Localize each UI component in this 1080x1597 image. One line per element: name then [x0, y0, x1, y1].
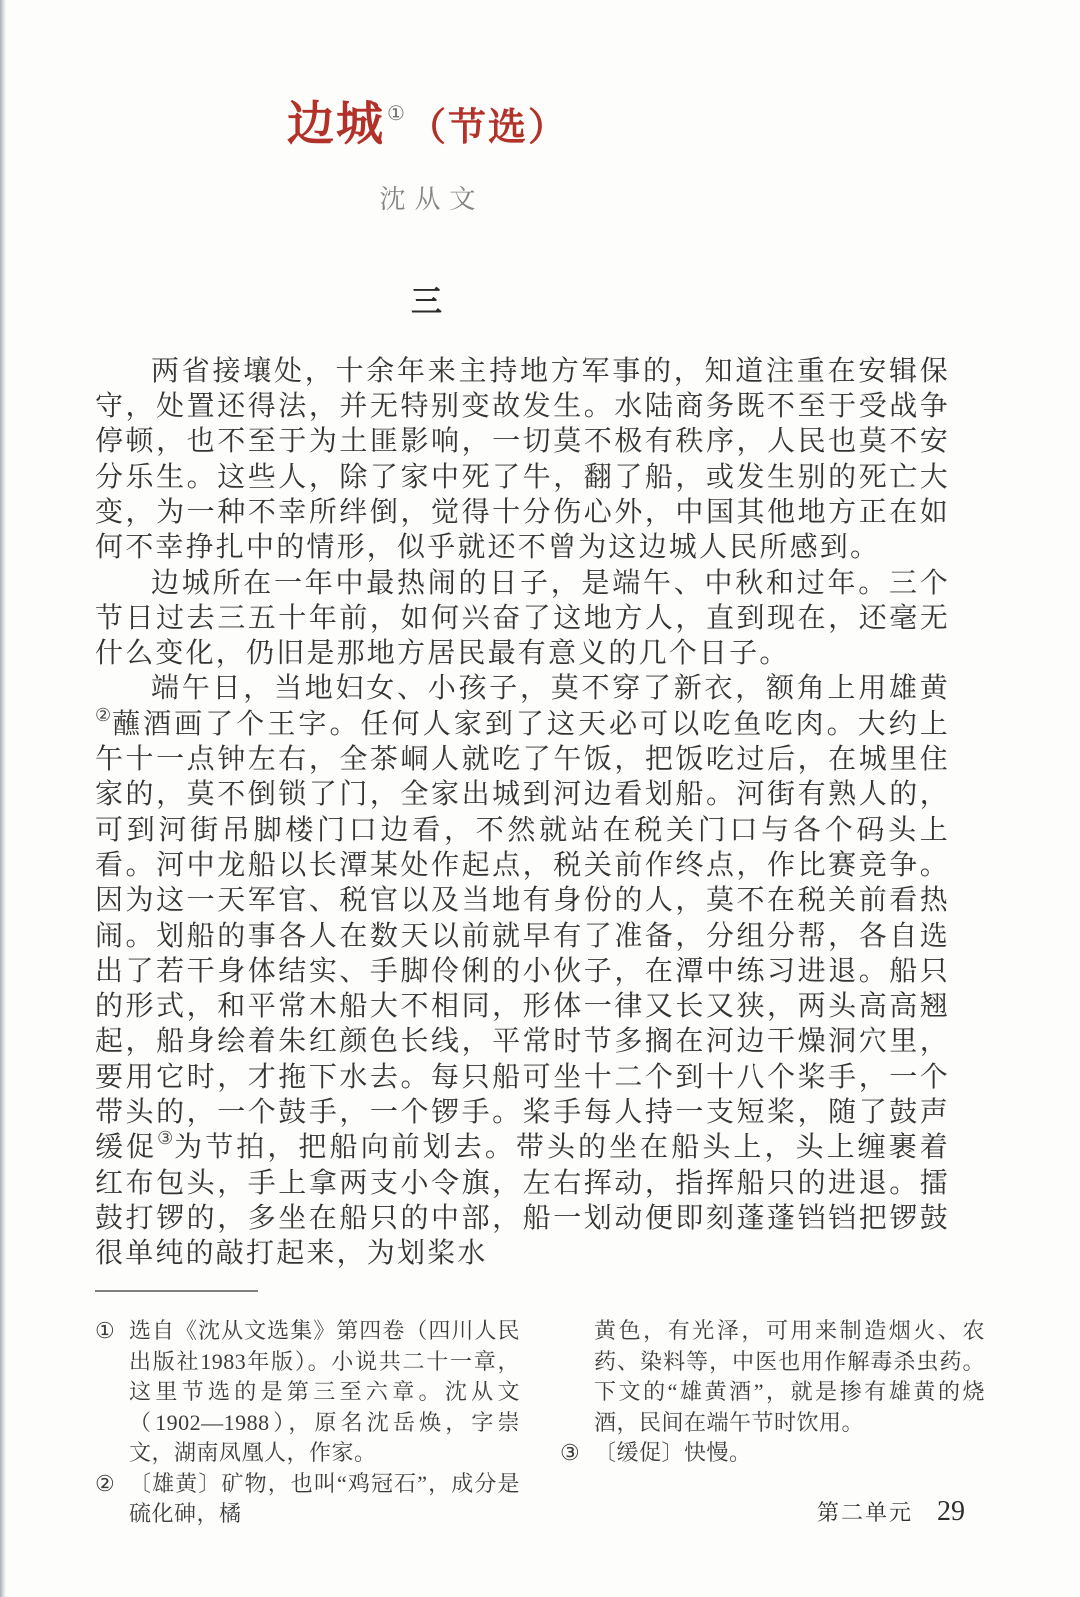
footnote-marker: [560, 1316, 594, 1438]
page-number: 29: [937, 1496, 965, 1528]
footnote-marker: ①: [95, 1316, 129, 1469]
footnote-divider: [95, 1290, 258, 1292]
footnote-text: 〔雄黄〕矿物，也叫“鸡冠石”，成分是硫化砷，橘: [129, 1469, 520, 1530]
footnotes: ①选自《沈从文选集》第四卷（四川人民出版社1983年版）。小说共二十一章，这里节…: [95, 1290, 985, 1530]
page-edge-shadow: [0, 0, 6, 1597]
body-text: 两省接壤处，十余年来主持地方军事的，知道注重在安辑保守，处置还得法，并无特别变故…: [95, 354, 950, 1272]
textbook-page: 边城①（节选） 沈从文 三 两省接壤处，十余年来主持地方军事的，知道注重在安辑保…: [0, 0, 1080, 1597]
footnote-ref: ③: [157, 1128, 174, 1148]
footnote-column-left: ①选自《沈从文选集》第四卷（四川人民出版社1983年版）。小说共二十一章，这里节…: [95, 1316, 520, 1530]
article-header: 边城①（节选） 沈从文 三: [95, 96, 950, 321]
paragraph: 端午日，当地妇女、小孩子，莫不穿了新衣，额角上用雄黄②蘸酒画了个王字。任何人家到…: [95, 671, 950, 1271]
footnote-item: 黄色，有光泽，可用来制造烟火、农药、染料等，中医也用作解毒杀虫药。下文的“雄黄酒…: [560, 1316, 985, 1438]
paragraph: 边城所在一年中最热闹的日子，是端午、中秋和过年。三个节日过去三五十年前，如何兴奋…: [95, 566, 950, 672]
unit-label: 第二单元: [817, 1496, 913, 1527]
paragraph: 两省接壤处，十余年来主持地方军事的，知道注重在安辑保守，处置还得法，并无特别变故…: [95, 354, 950, 566]
footnote-item: ②〔雄黄〕矿物，也叫“鸡冠石”，成分是硫化砷，橘: [95, 1469, 520, 1530]
footnote-text: 〔缓促〕快慢。: [594, 1438, 985, 1469]
article-title: 边城①（节选）: [95, 96, 760, 155]
page-content: 边城①（节选） 沈从文 三 两省接壤处，十余年来主持地方军事的，知道注重在安辑保…: [95, 0, 950, 1271]
author-name: 沈从文: [95, 179, 760, 216]
page-footer: 第二单元 29: [817, 1496, 965, 1528]
footnote-marker: ②: [95, 1469, 129, 1530]
footnote-marker: ③: [560, 1438, 594, 1469]
footnote-item: ①选自《沈从文选集》第四卷（四川人民出版社1983年版）。小说共二十一章，这里节…: [95, 1316, 520, 1469]
title-footnote-ref: ①: [387, 103, 405, 125]
title-text: 边城: [287, 99, 385, 151]
footnote-item: ③〔缓促〕快慢。: [560, 1438, 985, 1469]
footnote-text: 黄色，有光泽，可用来制造烟火、农药、染料等，中医也用作解毒杀虫药。下文的“雄黄酒…: [594, 1316, 985, 1438]
title-suffix-text: （节选）: [408, 107, 568, 149]
footnote-text: 选自《沈从文选集》第四卷（四川人民出版社1983年版）。小说共二十一章，这里节选…: [129, 1316, 520, 1469]
footnote-ref: ②: [95, 705, 112, 725]
section-number: 三: [95, 276, 760, 321]
